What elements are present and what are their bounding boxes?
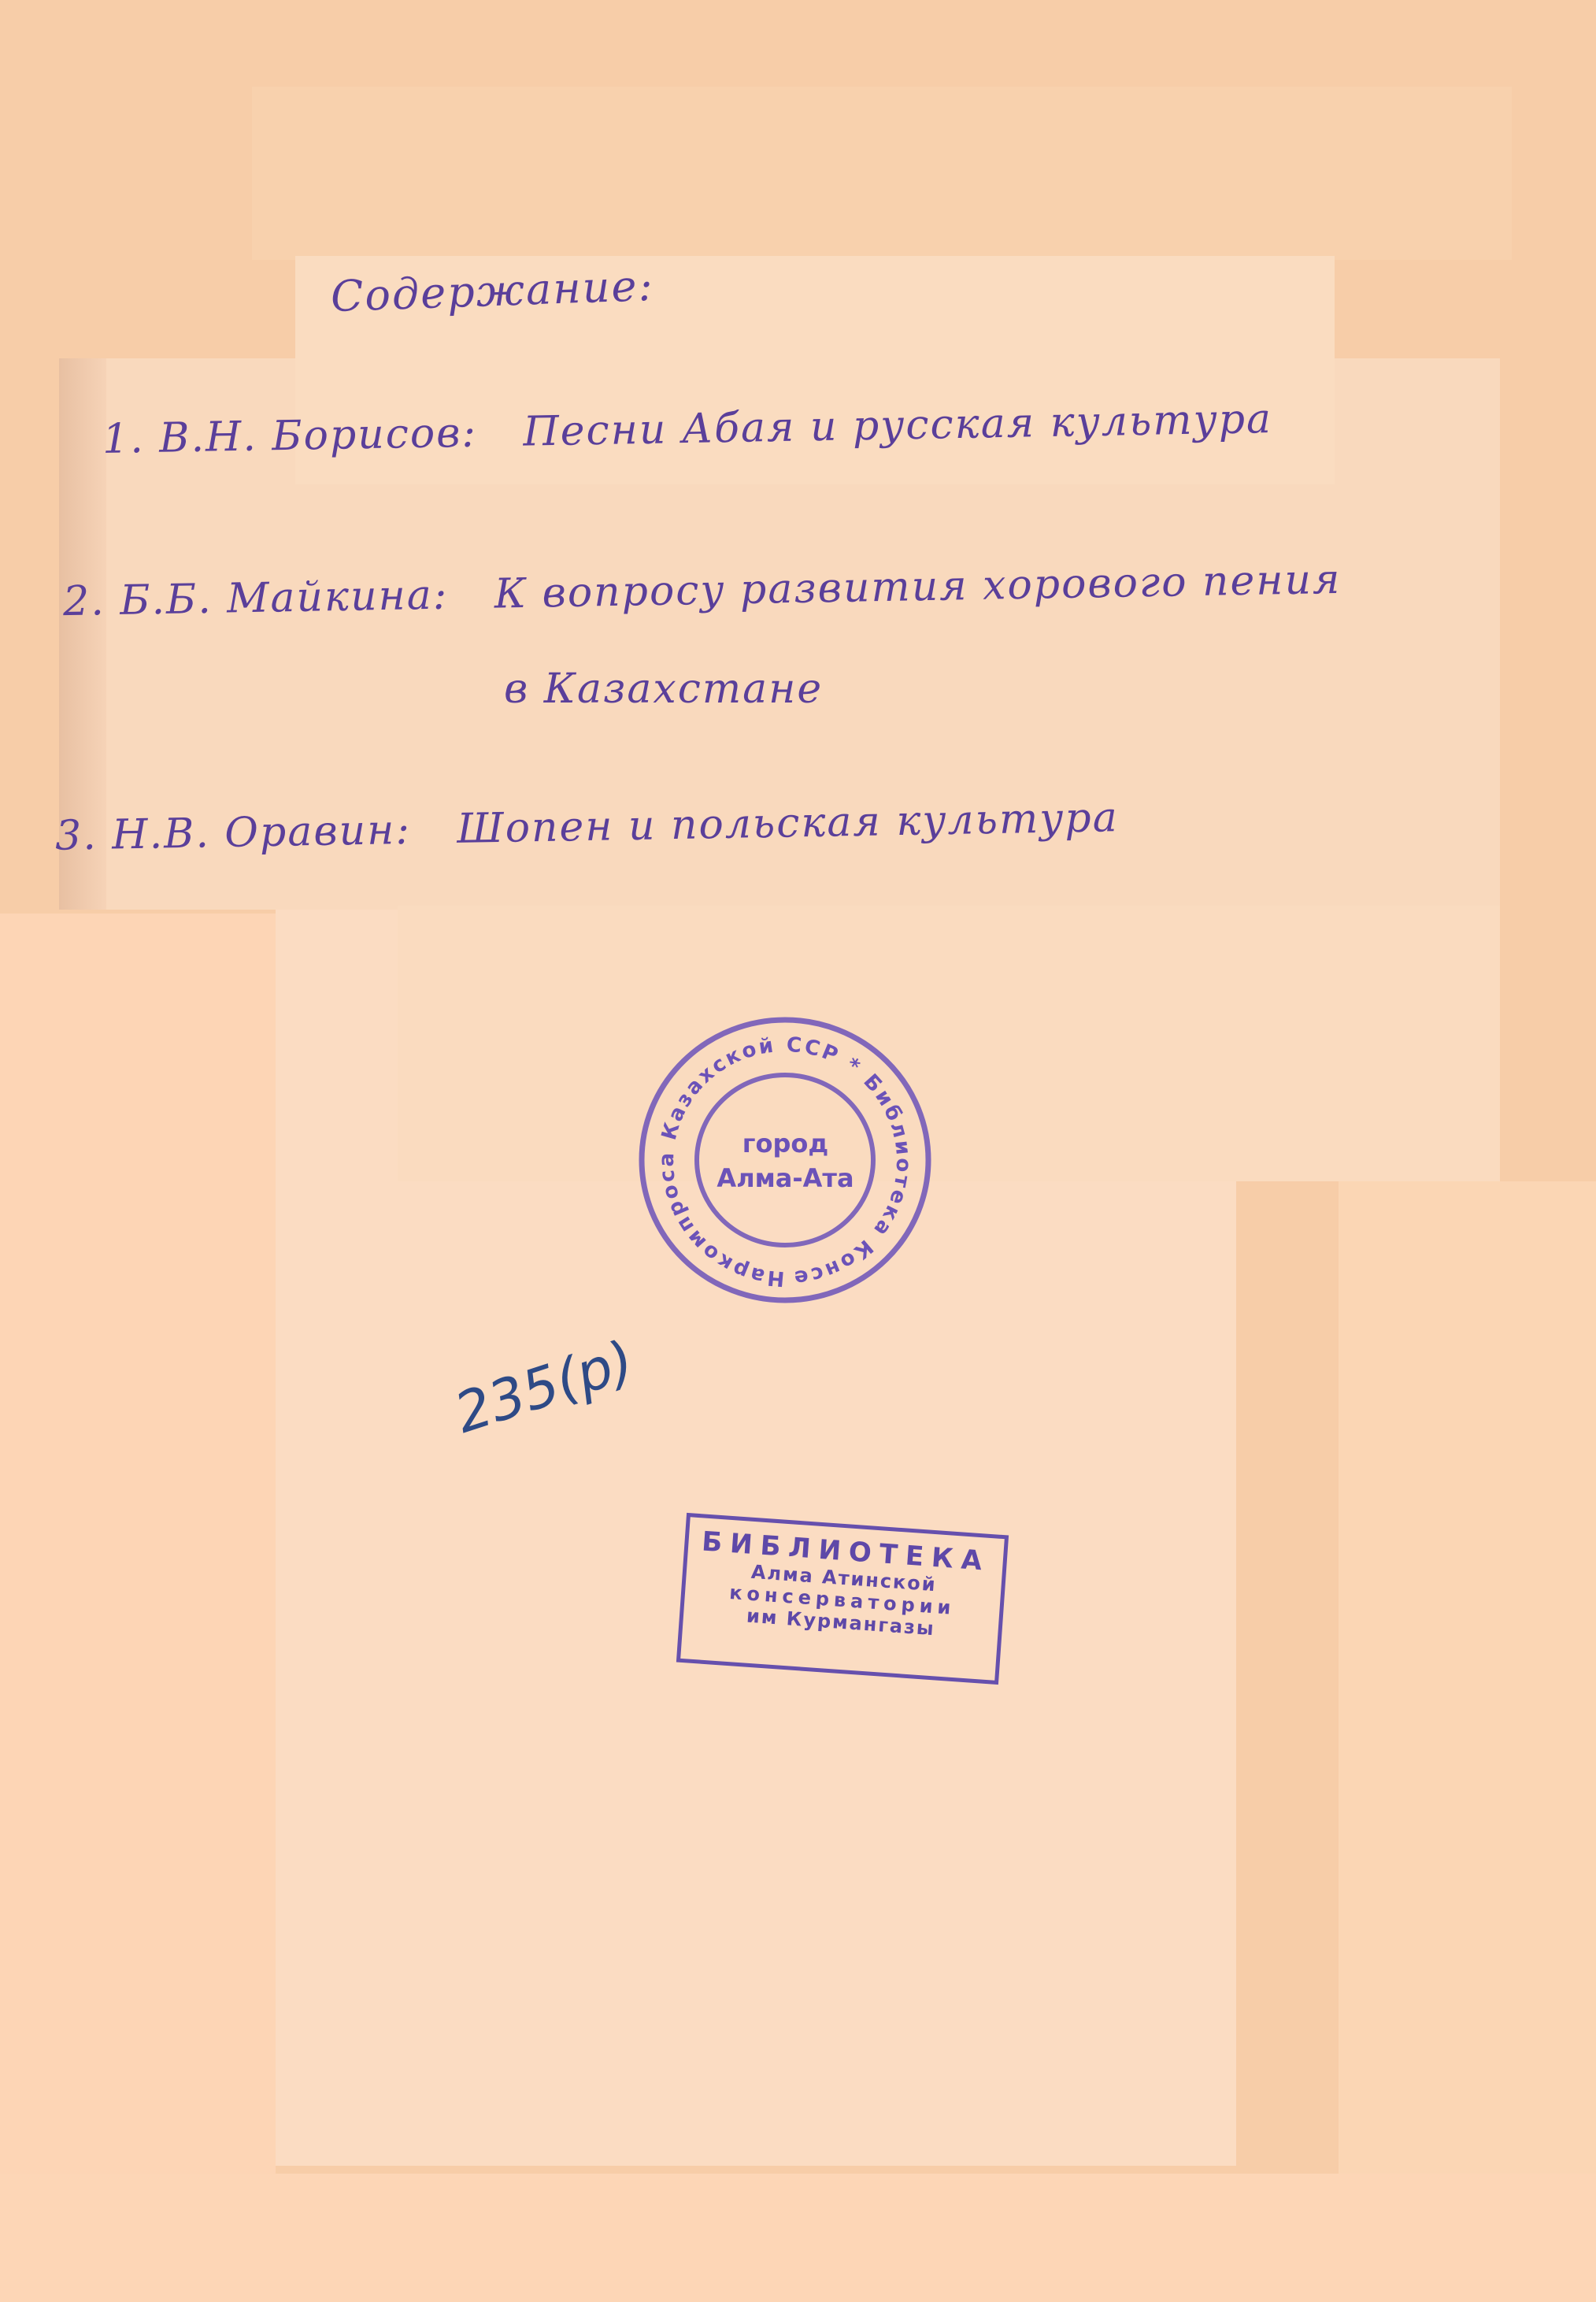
paper-area — [398, 906, 1500, 1181]
entry-author: Б.Б. Майкина: — [120, 572, 449, 625]
round-library-stamp: Наркомпроса Казахской ССР * Библиотека К… — [634, 1012, 937, 1307]
entry-number: 1. — [102, 415, 146, 463]
entry-author: Н.В. Оравин: — [112, 806, 412, 859]
stamp-city-name: Алма-Ата — [634, 1161, 937, 1195]
stamp-city-label: город — [634, 1126, 937, 1161]
scan-background — [1339, 1181, 1596, 2302]
entry-author: В.Н. Борисов: — [159, 410, 478, 462]
rectangular-library-stamp: БИБЛИОТЕКА Алма Атинской консерватории и… — [676, 1513, 1009, 1685]
scan-background — [0, 914, 276, 2302]
scan-background — [0, 2174, 1596, 2302]
scan-background — [252, 87, 1512, 260]
entry-title-continuation: в Казахстане — [504, 665, 823, 713]
entry-number: 2. — [63, 577, 106, 625]
entry-number: 3. — [55, 812, 98, 860]
stamp-center-text: город Алма-Ата — [634, 1126, 937, 1195]
